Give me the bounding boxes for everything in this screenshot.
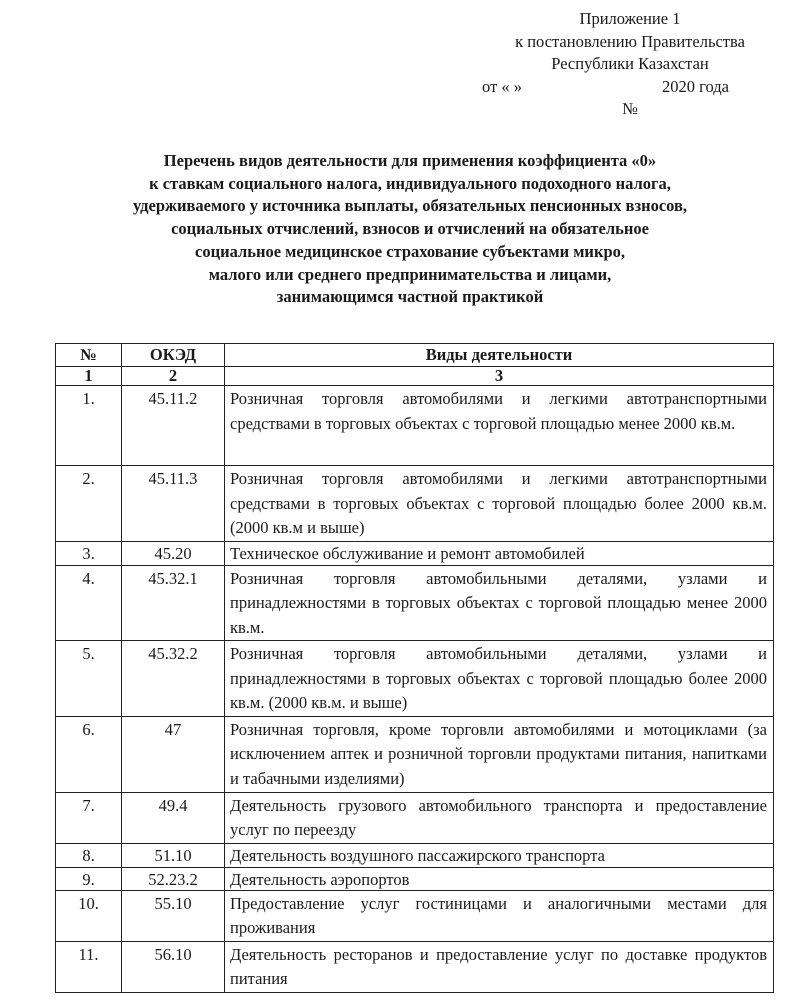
activity-description: Деятельность ресторанов и предоставление… [225, 941, 774, 992]
okved-code: 45.20 [122, 541, 225, 565]
table-row: 7.49.4Деятельность грузового автомобильн… [56, 792, 774, 843]
header-okved: ОКЭД [122, 344, 225, 367]
activity-description: Деятельность грузового автомобильного тр… [225, 792, 774, 843]
document-title: Перечень видов деятельности для применен… [60, 150, 760, 309]
activity-description: Деятельность воздушного пассажирского тр… [225, 843, 774, 867]
activity-description: Техническое обслуживание и ремонт автомо… [225, 541, 774, 565]
title-line: к ставкам социального налога, индивидуал… [60, 173, 760, 196]
table-header-row: № ОКЭД Виды деятельности [56, 344, 774, 367]
okved-code: 52.23.2 [122, 867, 225, 890]
row-number: 2. [56, 466, 122, 542]
appendix-country: Республики Казахстан [470, 53, 790, 76]
table-row: 3.45.20Техническое обслуживание и ремонт… [56, 541, 774, 565]
okved-code: 45.32.2 [122, 641, 225, 717]
activity-description: Розничная торговля, кроме торговли автом… [225, 716, 774, 792]
activity-description: Розничная торговля автомобилями и легким… [225, 386, 774, 466]
appendix-title: Приложение 1 [470, 8, 790, 31]
appendix-date-line: от « » 2020 года [470, 76, 790, 99]
table-row: 11.56.10Деятельность ресторанов и предос… [56, 941, 774, 992]
okved-code: 56.10 [122, 941, 225, 992]
title-line: удерживаемого у источника выплаты, обяза… [60, 195, 760, 218]
column-number-row: 1 2 3 [56, 367, 774, 386]
title-line: занимающимся частной практикой [60, 286, 760, 309]
row-number: 1. [56, 386, 122, 466]
table-row: 6.47Розничная торговля, кроме торговли а… [56, 716, 774, 792]
row-number: 6. [56, 716, 122, 792]
okved-code: 45.11.2 [122, 386, 225, 466]
activity-description: Розничная торговля автомобилями и легким… [225, 466, 774, 542]
okved-code: 51.10 [122, 843, 225, 867]
row-number: 10. [56, 890, 122, 941]
okved-code: 45.32.1 [122, 565, 225, 641]
activity-description: Предоставление услуг гостиницами и анало… [225, 890, 774, 941]
column-number: 1 [56, 367, 122, 386]
activities-table: № ОКЭД Виды деятельности 1 2 3 1.45.11.2… [55, 343, 774, 993]
activity-description: Розничная торговля автомобильными деталя… [225, 641, 774, 717]
column-number: 3 [225, 367, 774, 386]
row-number: 7. [56, 792, 122, 843]
date-prefix: от « » [482, 76, 522, 99]
header-number: № [56, 344, 122, 367]
okved-code: 55.10 [122, 890, 225, 941]
row-number: 4. [56, 565, 122, 641]
date-year: 2020 года [662, 76, 729, 99]
appendix-resolution: к постановлению Правительства [470, 31, 790, 54]
row-number: 5. [56, 641, 122, 717]
table-row: 4.45.32.1Розничная торговля автомобильны… [56, 565, 774, 641]
okved-code: 49.4 [122, 792, 225, 843]
okved-code: 45.11.3 [122, 466, 225, 542]
row-number: 3. [56, 541, 122, 565]
appendix-number: № [470, 98, 790, 121]
activity-description: Деятельность аэропортов [225, 867, 774, 890]
title-line: социальных отчислений, взносов и отчисле… [60, 218, 760, 241]
title-line: Перечень видов деятельности для применен… [60, 150, 760, 173]
row-number: 8. [56, 843, 122, 867]
table-row: 2.45.11.3Розничная торговля автомобилями… [56, 466, 774, 542]
table-row: 8.51.10Деятельность воздушного пассажирс… [56, 843, 774, 867]
row-number: 9. [56, 867, 122, 890]
header-activities: Виды деятельности [225, 344, 774, 367]
table-row: 5.45.32.2Розничная торговля автомобильны… [56, 641, 774, 717]
table-row: 1.45.11.2Розничная торговля автомобилями… [56, 386, 774, 466]
okved-code: 47 [122, 716, 225, 792]
title-line: социальное медицинское страхование субъе… [60, 241, 760, 264]
title-line: малого или среднего предпринимательства … [60, 264, 760, 287]
column-number: 2 [122, 367, 225, 386]
row-number: 11. [56, 941, 122, 992]
appendix-header: Приложение 1 к постановлению Правительст… [470, 8, 790, 121]
activity-description: Розничная торговля автомобильными деталя… [225, 565, 774, 641]
table-row: 9.52.23.2Деятельность аэропортов [56, 867, 774, 890]
table-row: 10.55.10Предоставление услуг гостиницами… [56, 890, 774, 941]
